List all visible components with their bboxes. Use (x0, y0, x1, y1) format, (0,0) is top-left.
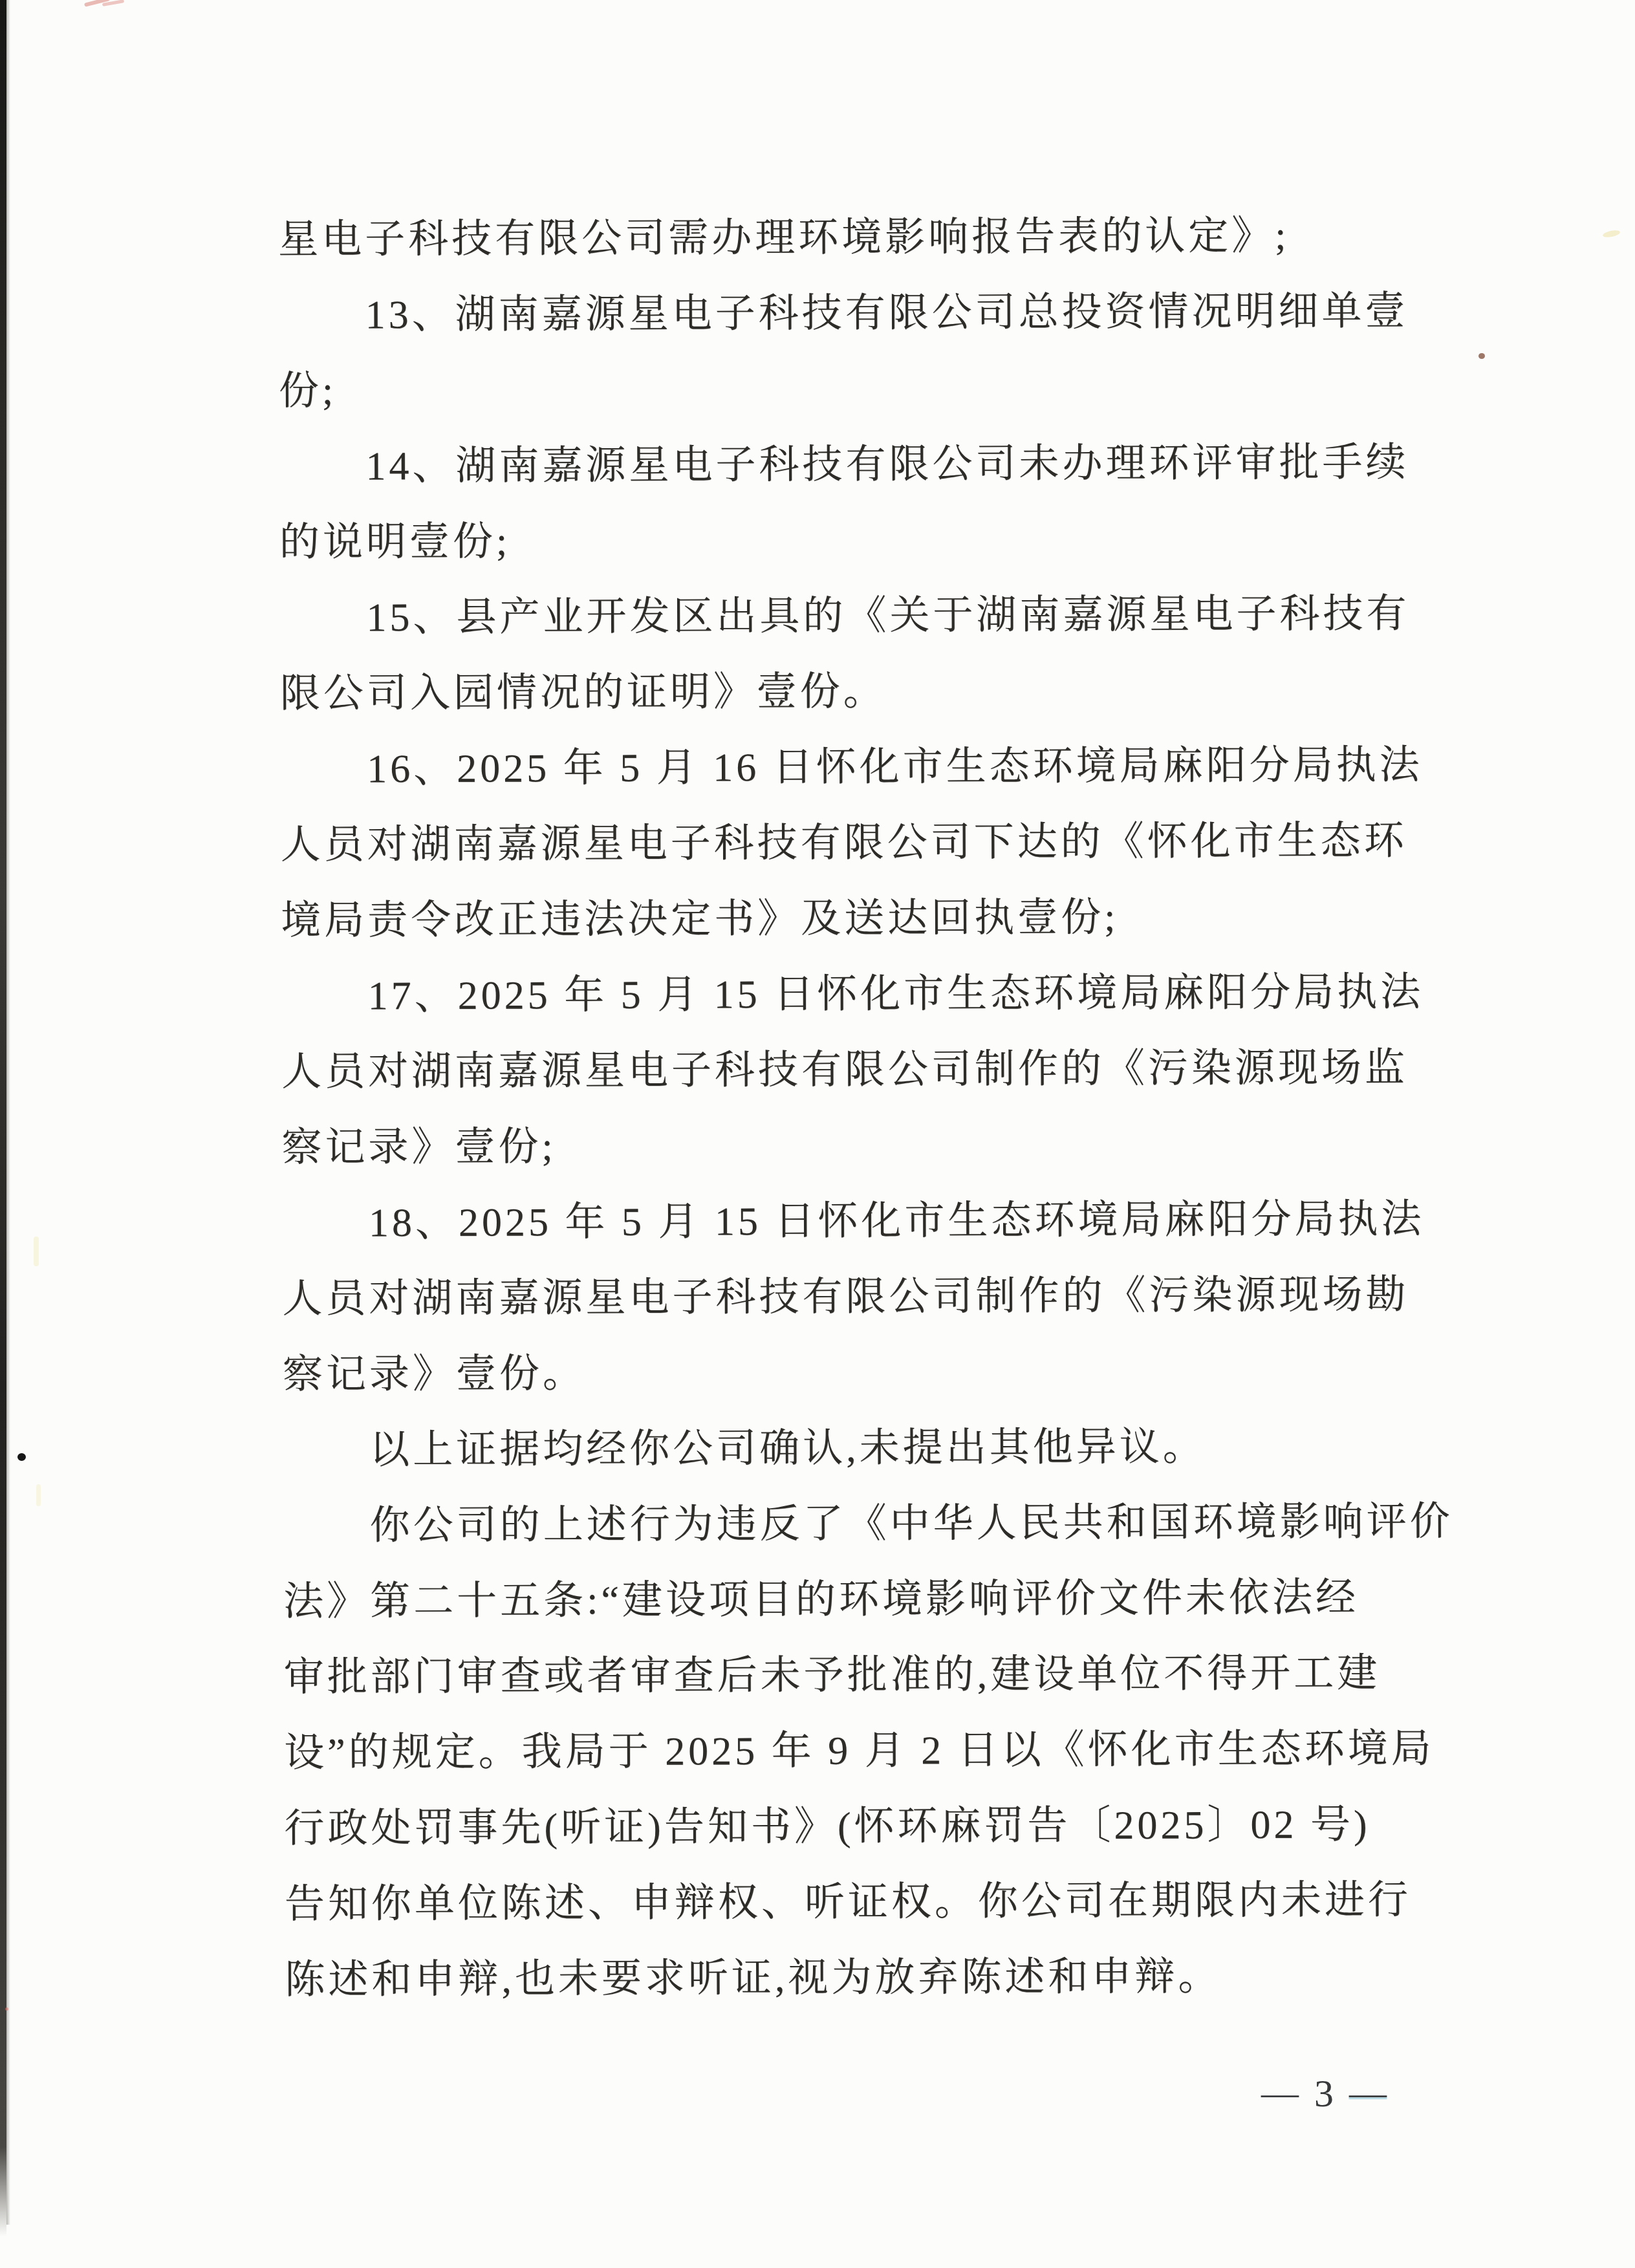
text-line-evidence-confirmation: 以上证据均经你公司确认,未提出其他异议。 (283, 1409, 1453, 1489)
speck-artifact (5, 2007, 8, 2011)
scanner-edge-strip (0, 0, 6, 2236)
scanner-edge-shadow (6, 0, 10, 2225)
text-line: 限公司入园情况的证明》壹份。 (280, 652, 1450, 732)
text-line: 份; (279, 349, 1449, 429)
text-line: 设”的规定。我局于 2025 年 9 月 2 日以《怀化市生态环境局 (284, 1711, 1454, 1791)
document-page: 星电子科技有限公司需办理环境影响报告表的认定》; 13、湖南嘉源星电子科技有限公… (0, 0, 1635, 2268)
document-body-text: 星电子科技有限公司需办理环境影响报告表的认定》; 13、湖南嘉源星电子科技有限公… (278, 198, 1455, 2018)
text-line: 告知你单位陈述、申辩权、听证权。你公司在期限内未进行 (285, 1863, 1455, 1943)
page-number-left-dash: — (1261, 2071, 1299, 2114)
speck-artifact (1478, 353, 1485, 359)
text-line-item-14: 14、湖南嘉源星电子科技有限公司未办理环评审批手续 (279, 425, 1449, 505)
text-line: 法》第二十五条:“建设项目的环境影响评价文件未依法经 (283, 1560, 1453, 1640)
text-line: 行政处罚事先(听证)告知书》(怀环麻罚告〔2025〕02 号) (284, 1787, 1454, 1867)
text-line-violation-statement: 你公司的上述行为违反了《中华人民共和国环境影响评价 (283, 1484, 1453, 1564)
text-line-item-16: 16、2025 年 5 月 16 日怀化市生态环境局麻阳分局执法 (280, 728, 1450, 808)
text-line: 察记录》壹份。 (283, 1333, 1453, 1413)
text-line-item-15: 15、县产业开发区出具的《关于湖南嘉源星电子科技有 (279, 576, 1449, 656)
smudge-artifact (1602, 229, 1620, 238)
text-line: 境局责令改正违法决定书》及送达回执壹份; (281, 879, 1451, 959)
page-number: — 3 — (1261, 2071, 1387, 2116)
text-line: 星电子科技有限公司需办理环境影响报告表的认定》; (278, 198, 1448, 278)
smudge-artifact (36, 1484, 41, 1506)
text-line: 察记录》壹份; (281, 1106, 1451, 1186)
text-line-item-17: 17、2025 年 5 月 15 日怀化市生态环境局麻阳分局执法 (281, 955, 1451, 1035)
text-line: 陈述和申辩,也未要求听证,视为放弃陈述和申辩。 (285, 1938, 1455, 2018)
page-number-right-dash: — (1349, 2071, 1387, 2114)
text-line: 人员对湖南嘉源星电子科技有限公司制作的《污染源现场监 (281, 1030, 1451, 1110)
text-line: 人员对湖南嘉源星电子科技有限公司制作的《污染源现场勘 (282, 1257, 1452, 1337)
smudge-artifact (34, 1237, 39, 1266)
page-number-value: 3 (1314, 2071, 1334, 2116)
ink-dot-artifact (17, 1453, 26, 1461)
text-line-item-13: 13、湖南嘉源星电子科技有限公司总投资情况明细单壹 (278, 274, 1448, 354)
text-line: 的说明壹份; (279, 501, 1449, 581)
text-line: 人员对湖南嘉源星电子科技有限公司下达的《怀化市生态环 (280, 803, 1450, 883)
text-line-item-18: 18、2025 年 5 月 15 日怀化市生态环境局麻阳分局执法 (282, 1182, 1452, 1262)
text-line: 审批部门审查或者审查后未予批准的,建设单位不得开工建 (283, 1636, 1453, 1716)
